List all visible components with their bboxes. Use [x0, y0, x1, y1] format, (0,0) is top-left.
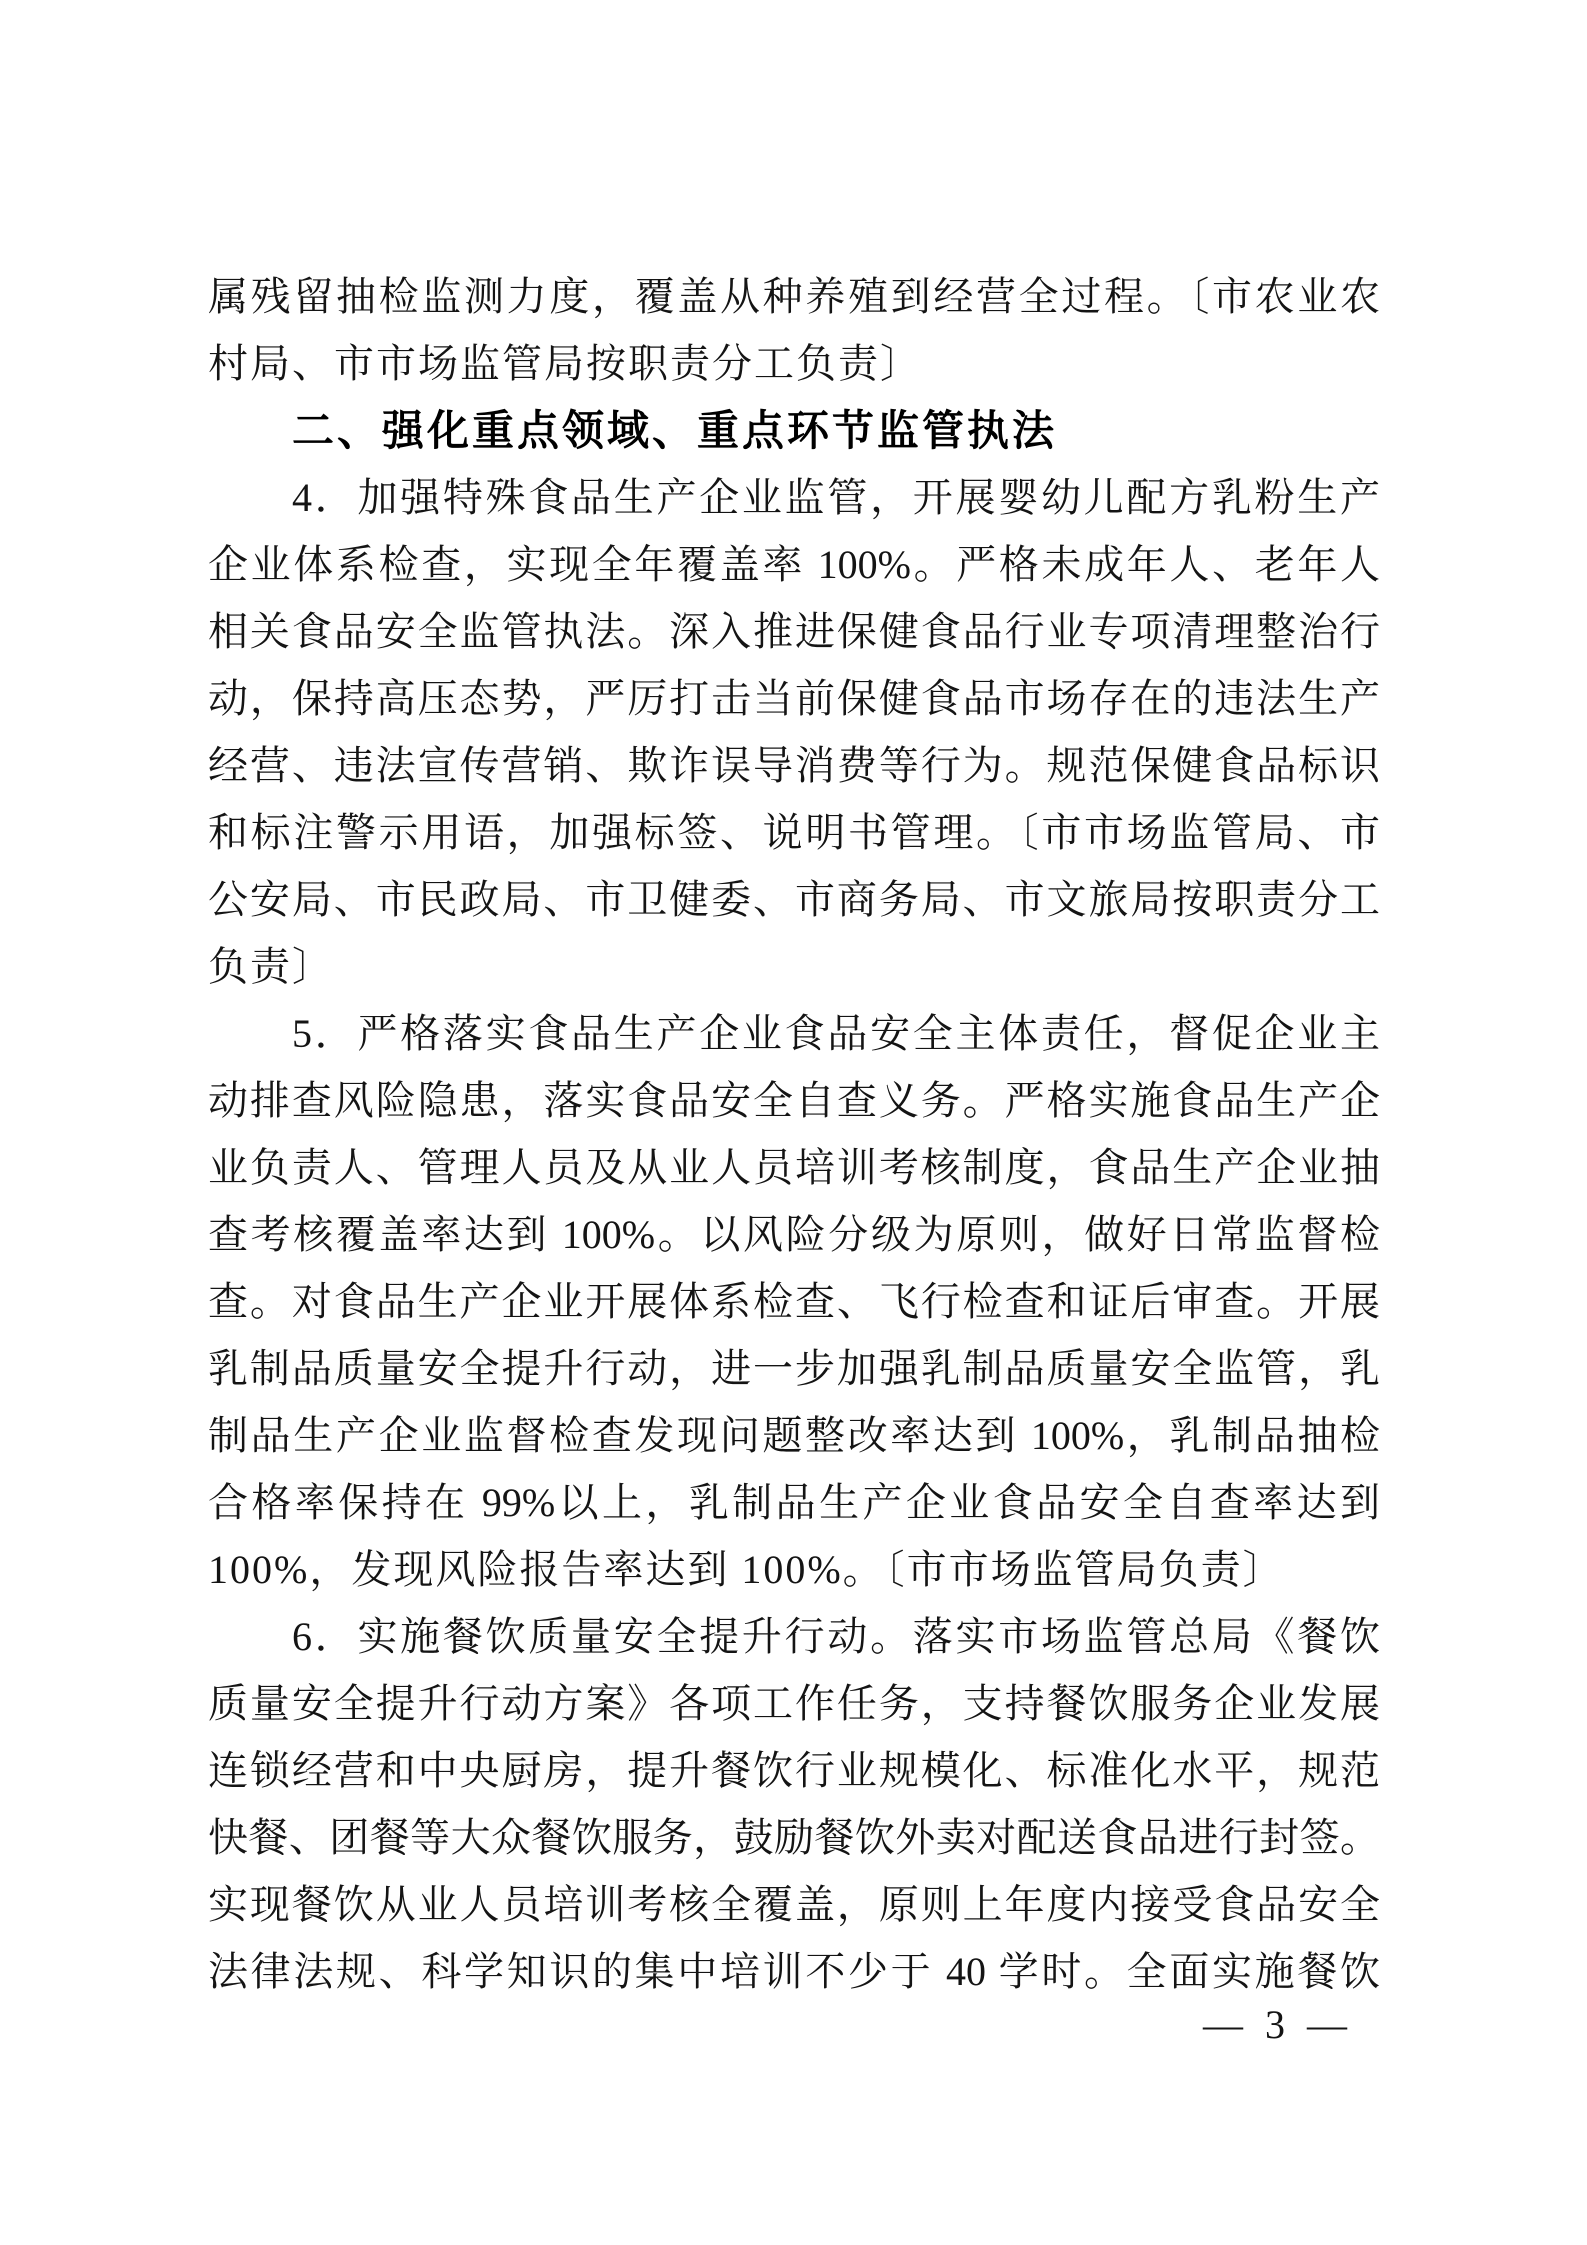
document-line: 经营、违法宣传营销、欺诈误导消费等行为。规范保健食品标识	[208, 732, 1380, 799]
document-line: 动排查风险隐患，落实食品安全自查义务。严格实施食品生产企	[208, 1067, 1380, 1134]
document-line: 企业体系检查，实现全年覆盖率 100%。严格未成年人、老年人	[208, 531, 1380, 598]
section-heading: 二、强化重点领域、重点环节监管执法	[208, 397, 1380, 464]
document-line: 100%，发现风险报告率达到 100%。〔市市场监管局负责〕	[208, 1536, 1380, 1603]
document-line: 制品生产企业监督检查发现问题整改率达到 100%，乳制品抽检	[208, 1402, 1380, 1469]
document-line: 法律法规、科学知识的集中培训不少于 40 学时。全面实施餐饮	[208, 1938, 1380, 2005]
document-line: 相关食品安全监管执法。深入推进保健食品行业专项清理整治行	[208, 598, 1380, 665]
document-line: 乳制品质量安全提升行动，进一步加强乳制品质量安全监管，乳	[208, 1335, 1380, 1402]
page-number: — 3 —	[1203, 2000, 1353, 2050]
text-block: 属残留抽检监测力度，覆盖从种养殖到经营全过程。〔市农业农村局、市市场监管局按职责…	[208, 263, 1380, 2005]
document-line: 查。对食品生产企业开展体系检查、飞行检查和证后审查。开展	[208, 1268, 1380, 1335]
document-line: 业负责人、管理人员及从业人员培训考核制度，食品生产企业抽	[208, 1134, 1380, 1201]
document-line: 和标注警示用语，加强标签、说明书管理。〔市市场监管局、市	[208, 799, 1380, 866]
document-line: 负责〕	[208, 933, 1380, 1000]
document-line: 查考核覆盖率达到 100%。以风险分级为原则，做好日常监督检	[208, 1201, 1380, 1268]
document-line: 公安局、市民政局、市卫健委、市商务局、市文旅局按职责分工	[208, 866, 1380, 933]
document-line: 连锁经营和中央厨房，提升餐饮行业规模化、标准化水平，规范	[208, 1737, 1380, 1804]
document-line: 合格率保持在 99%以上，乳制品生产企业食品安全自查率达到	[208, 1469, 1380, 1536]
document-line: 6．实施餐饮质量安全提升行动。落实市场监管总局《餐饮	[208, 1603, 1380, 1670]
document-line: 质量安全提升行动方案》各项工作任务，支持餐饮服务企业发展	[208, 1670, 1380, 1737]
document-line: 属残留抽检监测力度，覆盖从种养殖到经营全过程。〔市农业农	[208, 263, 1380, 330]
document-line: 4．加强特殊食品生产企业监管，开展婴幼儿配方乳粉生产	[208, 464, 1380, 531]
document-line: 实现餐饮从业人员培训考核全覆盖，原则上年度内接受食品安全	[208, 1871, 1380, 1938]
document-line: 动，保持高压态势，严厉打击当前保健食品市场存在的违法生产	[208, 665, 1380, 732]
document-line: 5．严格落实食品生产企业食品安全主体责任，督促企业主	[208, 1000, 1380, 1067]
document-line: 快餐、团餐等大众餐饮服务，鼓励餐饮外卖对配送食品进行封签。	[208, 1804, 1380, 1871]
document-line: 村局、市市场监管局按职责分工负责〕	[208, 330, 1380, 397]
document-page: 属残留抽检监测力度，覆盖从种养殖到经营全过程。〔市农业农村局、市市场监管局按职责…	[0, 0, 1587, 2245]
